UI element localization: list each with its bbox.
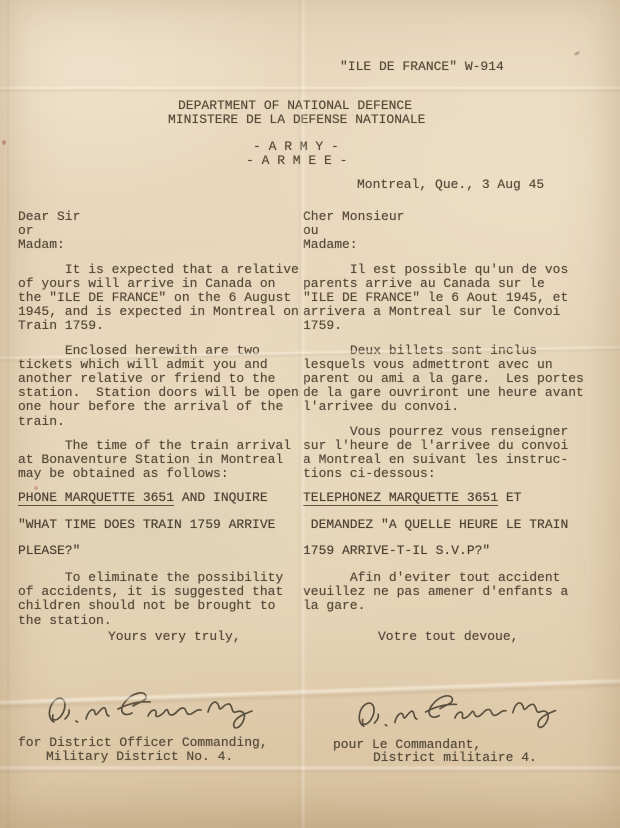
paragraph-train-time-fr: Vous pourrez vous renseigner sur l'heure… <box>303 425 607 482</box>
handwritten-signature-right <box>351 687 570 741</box>
department-title-fr: MINISTERE DE LA DEFENSE NATIONALE <box>168 113 425 127</box>
paragraph-tickets-fr: Deux billets sont inclus lesquels vous a… <box>303 344 607 415</box>
army-heading-fr: - A R M E E - <box>246 154 347 168</box>
phone-number-underlined-en: PHONE MARQUETTE 3651 <box>18 490 174 506</box>
paragraph-children-en: To eliminate the possibility of accident… <box>18 571 310 628</box>
french-column: Cher Monsieur ou Madame: Il est possible… <box>303 210 607 624</box>
paragraph-train-time-en: The time of the train arrival at Bonaven… <box>18 439 310 482</box>
paragraph-children-fr: Afin d'eviter tout accident veuillez ne … <box>303 571 607 614</box>
signature-script-icon <box>351 687 570 741</box>
phone-instruction-fr: TELEPHONEZ MARQUETTE 3651 ET <box>303 491 607 505</box>
salutation-fr: Cher Monsieur ou Madame: <box>303 210 607 253</box>
inquiry-line2-en: PLEASE?" <box>18 544 310 558</box>
phone-instruction-rest-en: AND INQUIRE <box>174 490 268 505</box>
phone-number-underlined-fr: TELEPHONEZ MARQUETTE 3651 <box>303 490 498 506</box>
salutation-en: Dear Sir or Madam: <box>18 210 310 253</box>
signature-script-icon <box>42 688 267 736</box>
phone-instruction-rest-fr: ET <box>498 490 521 505</box>
inquiry-line1-fr: DEMANDEZ "A QUELLE HEURE LE TRAIN <box>303 518 607 532</box>
signature-title-line2-en: Military District No. 4. <box>46 750 233 764</box>
english-column: Dear Sir or Madam: It is expected that a… <box>18 210 310 638</box>
closing-fr: Votre tout devoue, <box>378 630 518 644</box>
inquiry-line1-en: "WHAT TIME DOES TRAIN 1759 ARRIVE <box>18 518 310 532</box>
reference-number: "ILE DE FRANCE" W-914 <box>340 60 504 74</box>
paragraph-arrival-en: It is expected that a relative of yours … <box>18 263 310 334</box>
handwritten-signature-left <box>42 688 267 736</box>
closing-en: Yours very truly, <box>108 630 241 644</box>
paragraph-tickets-en: Enclosed herewith are two tickets which … <box>18 344 310 429</box>
phone-instruction-en: PHONE MARQUETTE 3651 AND INQUIRE <box>18 491 310 505</box>
paragraph-arrival-fr: Il est possible qu'un de vos parents arr… <box>303 263 607 334</box>
dateline: Montreal, Que., 3 Aug 45 <box>357 178 544 192</box>
signature-title-line2-fr: District militaire 4. <box>373 751 537 765</box>
inquiry-line2-fr: 1759 ARRIVE-T-IL S.V.P?" <box>303 544 607 558</box>
